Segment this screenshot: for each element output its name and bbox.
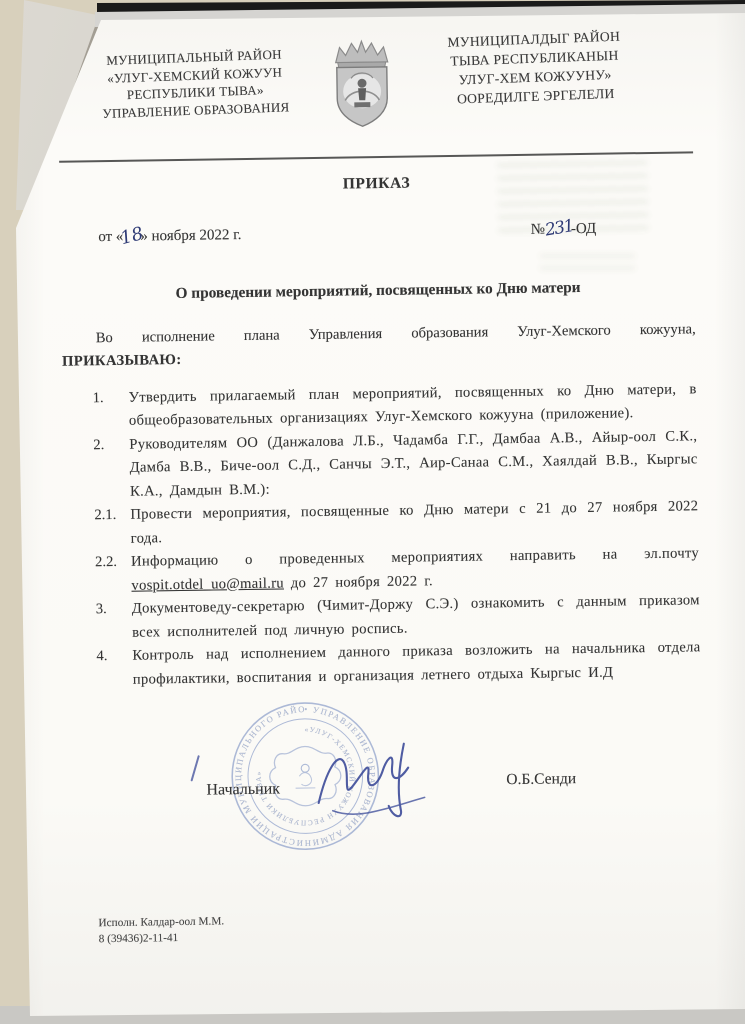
item-number: 2. xyxy=(93,433,130,504)
order-number: №231-ОД xyxy=(530,216,596,242)
item-number: 2.1. xyxy=(94,504,131,552)
signature-icon xyxy=(312,739,445,833)
handwritten-day: 18 xyxy=(118,222,146,251)
item-text: Контроль над исполнением данного приказа… xyxy=(132,636,701,691)
item-text: Утвердить прилагаемый план мероприятий, … xyxy=(128,378,697,433)
list-item: 4. Контроль над исполнением данного прик… xyxy=(96,636,701,692)
list-item: 2. Руководителям ОО (Данжалова Л.Б., Чад… xyxy=(93,425,698,504)
handwritten-number: 231 xyxy=(543,215,575,243)
item-number: 4. xyxy=(96,645,133,693)
position-label: Начальник xyxy=(206,778,280,803)
item-number: 3. xyxy=(96,598,133,646)
signature-section: • УПРАВЛЕНИЕ ОБРАЗОВАНИЯ АДМИНИСТРАЦИИ М… xyxy=(67,691,704,902)
subject-line: О проведении мероприятий, посвященных ко… xyxy=(61,274,695,307)
org-name-russian: МУНИЦИПАЛЬНЫЙ РАЙОН «УЛУГ-ХЕМСКИЙ КОЖУУН… xyxy=(69,44,321,123)
date-number-row: от «18» ноября 2022 г. №231-ОД xyxy=(60,215,694,250)
coat-of-arms-icon xyxy=(326,38,397,131)
email-address: vospit.otdel_uo@mail.ru xyxy=(131,575,284,593)
item-number: 1. xyxy=(92,386,129,434)
scanned-document-page: МУНИЦИПАЛЬНЫЙ РАЙОН «УЛУГ-ХЕМСКИЙ КОЖУУН… xyxy=(0,0,745,1024)
header-divider xyxy=(59,151,693,162)
document-title: ПРИКАЗ xyxy=(59,167,693,200)
pen-mark xyxy=(190,755,199,781)
item-text: Руководителям ОО (Данжалова Л.Б., Чадамб… xyxy=(129,425,698,504)
item-text: Провести мероприятия, посвященные ко Дню… xyxy=(130,495,699,550)
item-number: 2.2. xyxy=(95,551,132,599)
item-text: Документоведу-секретарю (Чимит-Доржу С.Э… xyxy=(132,589,701,644)
signatory-name: О.Б.Сенди xyxy=(506,767,576,792)
org-name-tuvan: МУНИЦИПАЛДЫГ РАЙОН ТЫВА РЕСПУБЛИКАНЫН УЛ… xyxy=(403,25,668,110)
date-line: от «18» ноября 2022 г. xyxy=(98,222,242,250)
order-list: 1. Утвердить прилагаемый план мероприяти… xyxy=(62,378,700,693)
document-header: МУНИЦИПАЛЬНЫЙ РАЙОН «УЛУГ-ХЕМСКИЙ КОЖУУН… xyxy=(57,25,693,150)
item-text: Информацию о проведенных мероприятиях на… xyxy=(131,542,700,597)
document-content: МУНИЦИПАЛЬНЫЙ РАЙОН «УЛУГ-ХЕМСКИЙ КОЖУУН… xyxy=(57,25,704,947)
